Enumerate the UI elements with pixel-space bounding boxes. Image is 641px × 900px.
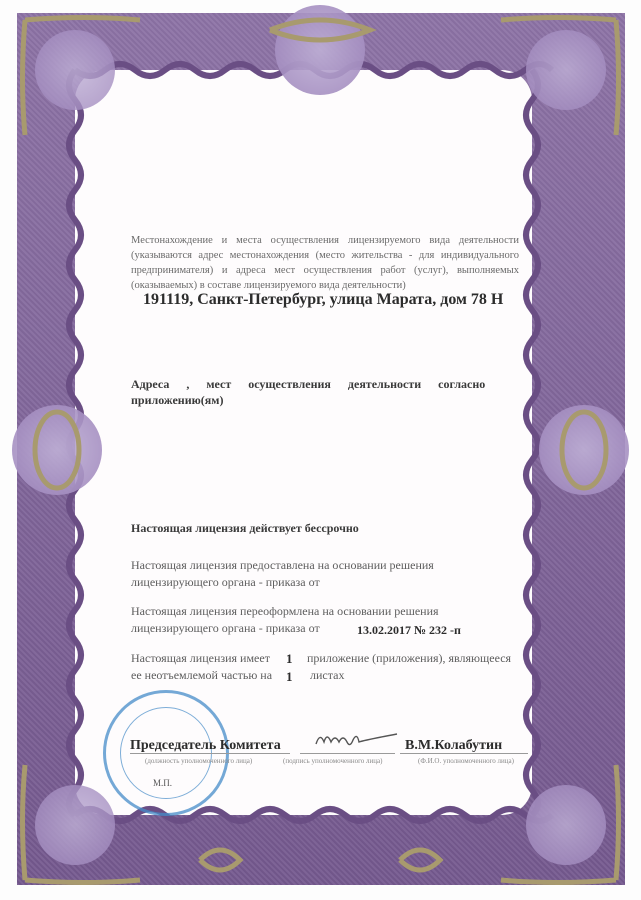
caption-position: (должность уполномоченного лица) (145, 757, 252, 765)
license-page: Местонахождение и места осуществления ли… (0, 0, 641, 900)
appendix-line1-post: приложение (приложения), являющееся (307, 650, 511, 666)
appendix-line2-post: листах (310, 667, 344, 683)
appendix-line1-pre: Настоящая лицензия имеет (131, 650, 270, 666)
address: 191119, Санкт-Петербург, улица Марата, д… (143, 291, 503, 309)
location-intro: Местонахождение и места осуществления ли… (131, 233, 519, 293)
sheets-count: 1 (286, 669, 293, 685)
validity-text: Настоящая лицензия действует бессрочно (131, 521, 359, 536)
addresses-line2: приложению(ям) (131, 393, 223, 408)
reissued-line1: Настоящая лицензия переоформлена на осно… (131, 603, 439, 619)
reissued-order: 13.02.2017 № 232 -п (357, 623, 461, 638)
handwritten-signature (310, 726, 400, 752)
caption-signature: (подпись уполномоченного лица) (283, 757, 382, 765)
appendix-count: 1 (286, 651, 293, 667)
granted-line1: Настоящая лицензия предоставлена на осно… (131, 557, 434, 573)
appendix-line2-pre: ее неотъемлемой частью на (131, 667, 272, 683)
stamp-mark: М.П. (153, 778, 172, 788)
caption-name: (Ф.И.О. уполномоченного лица) (418, 757, 514, 765)
signer-position: Председатель Комитета (130, 738, 281, 754)
addresses-line1: Адреса , мест осуществления деятельности… (131, 377, 519, 392)
reissued-line2: лицензирующего органа - приказа от (131, 620, 320, 636)
granted-line2: лицензирующего органа - приказа от (131, 574, 320, 590)
signer-name: В.М.Колабутин (405, 738, 502, 754)
signature-line (300, 753, 395, 754)
